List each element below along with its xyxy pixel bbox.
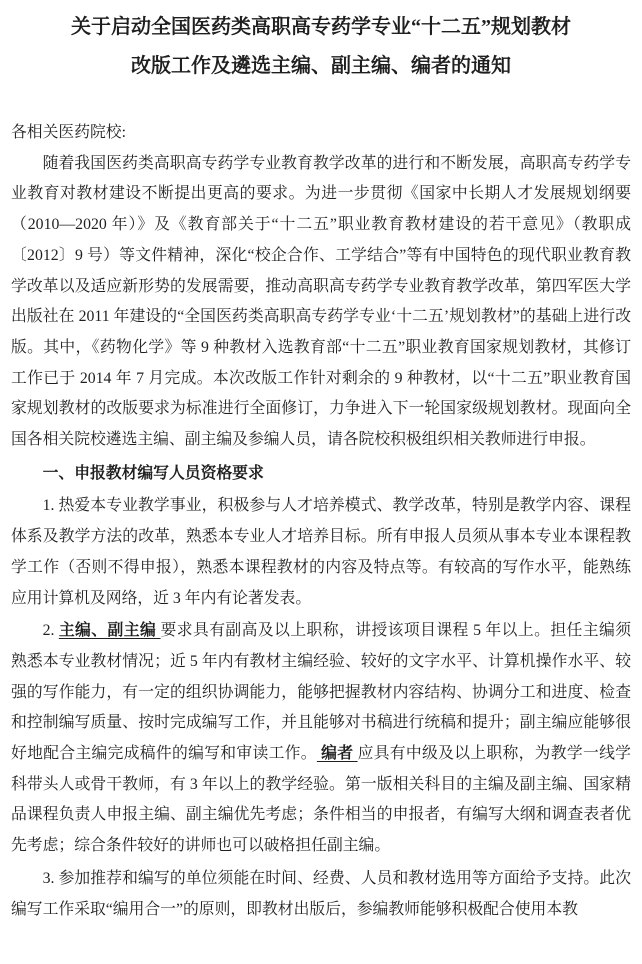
requirement-item-2: 2. 主编、副主编 要求具有副高及以上职称，讲授该项目课程 5 年以上。担任主编… [11, 616, 631, 862]
item-2-number-prefix: 2. [43, 622, 59, 639]
section-1-heading: 一、申报教材编写人员资格要求 [11, 459, 631, 490]
document-title-line-2: 改版工作及遴选主编、副主编、编者的通知 [11, 47, 631, 86]
intro-paragraph: 随着我国医药类高职高专药学专业教育教学改革的进行和不断发展，高职高专药学专业教育… [11, 149, 631, 456]
item-2-editor-emphasis: 编者 [317, 745, 358, 762]
requirement-item-1: 1. 热爱本专业教学事业，积极参与人才培养模式、教学改革，特别是教学内容、课程体… [11, 491, 631, 614]
notice-document-page: 关于启动全国医药类高职高专药学专业“十二五”规划教材 改版工作及遴选主编、副主编… [0, 0, 642, 964]
document-title-line-1: 关于启动全国医药类高职高专药学专业“十二五”规划教材 [11, 8, 631, 47]
document-title: 关于启动全国医药类高职高专药学专业“十二五”规划教材 改版工作及遴选主编、副主编… [11, 8, 631, 86]
salutation: 各相关医药院校: [11, 118, 631, 149]
item-2-body-text: 要求具有副高及以上职称，讲授该项目课程 5 年以上。担任主编须熟悉本专业教材情况… [11, 622, 631, 762]
item-2-chief-editor-emphasis: 主编、副主编 [59, 622, 161, 639]
requirement-item-3: 3. 参加推荐和编写的单位须能在时间、经费、人员和教材选用等方面给予支持。此次编… [11, 864, 631, 925]
